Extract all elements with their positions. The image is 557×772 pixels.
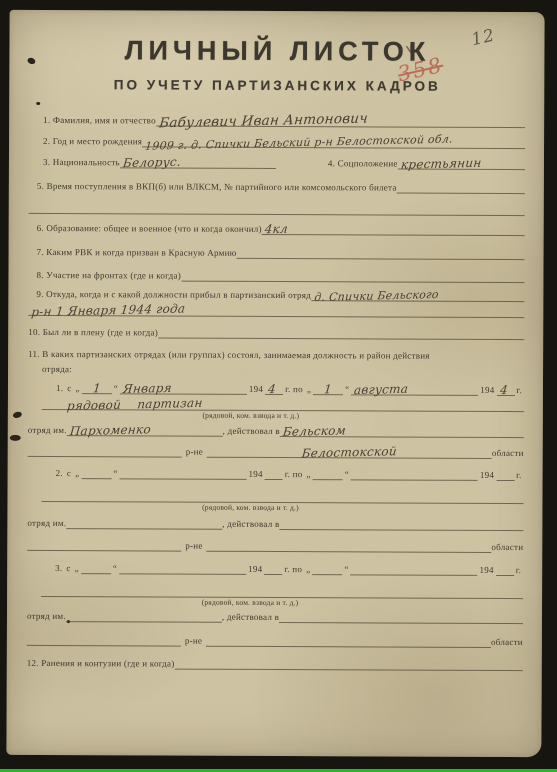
entry-1-period-row: 1. с „ 1 “ Января 194 4 г. по „ 1 “ авгу… [28,382,524,396]
entry-2-day-from-line [81,469,111,479]
district-label: р-не [185,540,202,552]
field-10-line [158,328,524,340]
entry-from-label: с [67,382,71,394]
entry-1-region: Белостокской [301,446,397,459]
field-6-value: 4кл [264,224,288,236]
entry-1-number: 1. [56,382,63,394]
field-10-label: 10. Был ли в плену (где и когда) [28,326,158,339]
entry-1-acted-in: Бельском [282,425,346,438]
field-8-row: 8. Участие на фронтах (где и когда) [28,269,524,283]
quote-open: „ [307,383,311,395]
field-6-line: 4кл [262,225,525,236]
year-prefix: 194 [249,383,263,395]
entry-3-region-row: р-не области [27,634,523,648]
field-5-label: 5. Время поступления в ВКП(б) или ВЛКСМ,… [37,180,397,194]
entry-2-year-from-line [265,470,283,480]
year-suffix: г. [516,564,521,576]
field-7-label: 7. Каким РВК и когда призван в Красную А… [37,246,237,259]
field-9-value2: р-н 1 Января 1944 года [31,303,186,318]
field-12-label: 12. Ранения и контузии (где и когда) [27,657,175,670]
unit-label: отряд им. [27,517,66,529]
entry-3-day-to-line [312,565,342,575]
field-3-4-row: 3. Национальность Белорус. 4. Соцположен… [29,156,525,170]
entry-2-period-row: 2. с „ “ 194 г. по „ “ 194 г. [28,467,524,481]
quote-close: “ [113,562,117,574]
to-label: г. по [284,563,302,575]
entry-1-year-to: 4 [499,385,508,396]
oblast-label: области [492,447,524,459]
year-suffix: г. [516,469,521,481]
entry-2-unit-line [66,519,222,530]
entry-3-year-from-line [264,565,282,575]
entry-2-acted-line [279,520,523,531]
entry-1-unit-line: Пархоменко [67,426,223,437]
entry-1-month-to-line: августа [351,385,478,396]
year-prefix: 194 [248,468,262,480]
field-11-label: 11. В каких партизанских отрядах (или гр… [28,348,430,362]
entry-1-year-from: 4 [268,384,277,395]
entry-1-month-from: Января [122,383,172,395]
field-8-label: 8. Участие на фронтах (где и когда) [36,269,181,282]
entry-2-region-line [207,542,492,553]
field-5-extra-line [29,204,525,216]
entry-3-unit-line [66,612,222,623]
field-10-row: 10. Был ли в плену (где и когда) [28,326,524,340]
to-label: г. по [285,383,303,395]
entry-1-day-to-line: 1 [313,385,343,395]
quote-open: „ [75,467,79,479]
unit-label: отряд им. [27,610,66,622]
field-1-label: 1. Фамилия, имя и отчество [43,114,156,126]
entry-3-number: 3. [55,562,62,574]
field-1-line: Бабулевич Иван Антонович [156,116,525,128]
entry-3-period-row: 3. с „ “ 194 г. по „ “ 194 г. [27,562,523,576]
field-1-row: 1. Фамилия, имя и отчество Бабулевич Ива… [29,114,525,128]
field-9-row2: р-н 1 Января 1944 года [28,306,524,318]
acted-label: , действовал в [222,611,279,623]
year-suffix: г. [517,384,522,396]
entry-3-unit-row: отряд им. , действовал в [27,610,523,624]
entry-1-region-line: Белостокской [207,448,492,459]
entry-1-month-from-line: Января [120,384,247,395]
entry-1-region-row: р-не Белостокской области [28,445,524,459]
entry-2-region-row: р-не области [27,539,523,553]
field-4-line: крестьянин [398,160,525,171]
field-5-row: 5. Время поступления в ВКП(б) или ВЛКСМ,… [29,180,525,194]
entry-2-month-from-line [120,469,247,480]
field-2-value: 1909 г. д. Спички Бельский р-н Белостокс… [145,133,454,151]
oblast-label: области [491,541,523,553]
entry-1-day-from-line: 1 [82,384,112,394]
field-6-row: 6. Образование: общее и военное (что и к… [29,222,525,236]
field-7-line [237,249,525,260]
quote-close: “ [344,563,348,575]
acted-label: , действовал в [223,425,280,437]
entry-3-region-line [206,637,491,648]
entry-3-blank-line [27,636,181,647]
quote-open: „ [75,382,79,394]
entry-2-blank-line [27,541,181,552]
entry-2-position-caption: (рядовой, ком. взвода и т. д.) [2,502,498,513]
entry-3-position-caption: (рядовой, ком. взвода и т. д.) [2,597,498,608]
field-5-extra-line-row [29,204,525,216]
entry-3-month-from-line [119,564,246,575]
field-2-row: 2. Год и место рождения 1909 г. д. Спичк… [29,135,525,149]
to-label: г. по [285,468,303,480]
field-9-label: 9. Откуда, когда и с какой должности при… [36,288,311,301]
field-9-line2: р-н 1 Января 1944 года [28,306,524,318]
entry-1-position-caption: (рядовой, ком. взвода и т. д.) [3,410,499,421]
entry-1-unit-row: отряд им. Пархоменко , действовал в Бель… [28,424,524,438]
oblast-label: области [491,636,523,648]
entry-1-blank-line [28,447,182,458]
field-9-line1: д. Спички Бельского [311,291,524,302]
entry-1-year-from-line: 4 [265,385,283,395]
scanned-form-page: 12 ∨ 358 ЛИЧНЫЙ ЛИСТОК ПО УЧЕТУ ПАРТИЗАН… [6,10,544,757]
entry-1-day-to: 1 [324,384,333,395]
field-6-label: 6. Образование: общее и военное (что и к… [37,222,262,235]
form-content: ЛИЧНЫЙ ЛИСТОК ПО УЧЕТУ ПАРТИЗАНСКИХ КАДР… [27,19,526,671]
field-11-label2: отряда: [42,363,72,375]
acted-label: , действовал в [222,518,279,530]
entry-3-day-from-line [81,564,111,574]
field-3-line: Белорус. [120,158,276,169]
quote-open: „ [306,563,310,575]
entry-2-number: 2. [56,467,63,479]
field-8-line [181,272,525,283]
quote-close: “ [114,382,118,394]
quote-close: “ [113,467,117,479]
field-9-row: 9. Откуда, когда и с какой должности при… [28,288,524,302]
entry-1-year-to-line: 4 [497,386,515,396]
field-12-row: 12. Ранения и контузии (где и когда) [27,657,523,671]
entry-3-month-to-line [351,565,478,576]
district-label: р-не [186,446,203,458]
unit-label: отряд им. [28,424,67,436]
entry-2-day-to-line [313,470,343,480]
form-title: ЛИЧНЫЙ ЛИСТОК [29,36,525,66]
quote-close: “ [345,383,349,395]
entry-1-day-from: 1 [92,383,101,394]
entry-1-month-to: августа [354,384,409,396]
entry-from-label: с [66,562,70,574]
entry-from-label: с [67,467,71,479]
field-2-label: 2. Год и место рождения [43,135,142,147]
entry-2-unit-row: отряд им. , действовал в [27,517,523,531]
year-prefix: 194 [480,384,494,396]
field-4-value: крестьянин [400,158,482,171]
quote-open: „ [75,562,79,574]
entry-1-acted-line: Бельском [280,427,524,438]
field-9-value1: д. Спички Бельского [313,289,438,303]
entry-2-month-to-line [351,470,478,481]
field-3-label: 3. Национальность [43,156,120,168]
entry-2-year-to-line [496,471,514,481]
year-prefix: 194 [480,469,494,481]
form-subtitle: ПО УЧЕТУ ПАРТИЗАНСКИХ КАДРОВ [29,77,525,95]
field-2-line: 1909 г. д. Спички Бельский р-н Белостокс… [142,137,525,149]
quote-close: “ [345,468,349,480]
field-7-row: 7. Каким РВК и когда призван в Красную А… [29,246,525,260]
field-5-line [397,184,525,195]
year-prefix: 194 [479,564,493,576]
quote-open: „ [306,468,310,480]
field-1-value: Бабулевич Иван Антонович [158,113,368,129]
field-3-value: Белорус. [122,157,181,169]
entry-1-unit: Пархоменко [69,424,151,437]
field-11-row2: отряда: [28,363,524,377]
year-prefix: 194 [248,563,262,575]
district-label: р-не [185,635,202,647]
entry-3-year-to-line [496,566,514,576]
field-12-line [175,660,523,672]
paper-speck [10,435,21,441]
field-11-row: 11. В каких партизанских отрядах (или гр… [28,348,524,362]
entry-3-acted-line [279,613,523,624]
field-4-label: 4. Соцположение [328,157,398,169]
